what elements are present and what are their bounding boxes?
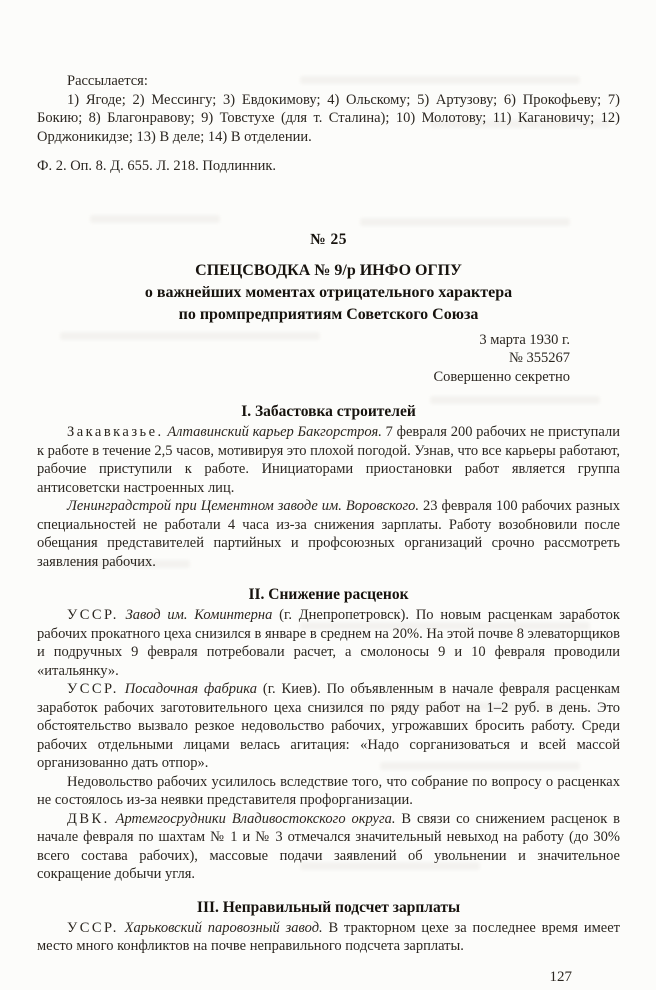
enterprise-name: Артемгосрудники Владивостокского округа. (116, 811, 396, 827)
section-heading: I. Забастовка строителей (37, 402, 620, 421)
title-line-1: СПЕЦСВОДКА № 9/р ИНФО ОГПУ (37, 260, 620, 282)
enterprise-name: Завод им. Коминтерна (126, 607, 273, 623)
enterprise-name: Алтавинский карьер Бакгорстроя. (167, 424, 382, 440)
paragraph: Закавказье. Алтавинский карьер Бакгорстр… (37, 423, 620, 497)
paragraph: УССР. Харьковский паровозный завод. В тр… (37, 919, 620, 956)
region-label: УССР. (67, 920, 119, 936)
section-heading: II. Снижение расценок (37, 585, 620, 604)
distribution-list: 1) Ягоде; 2) Мессингу; 3) Евдокимову; 4)… (37, 91, 620, 147)
document-title: СПЕЦСВОДКА № 9/р ИНФО ОГПУ о важнейших м… (37, 260, 620, 326)
sections-container: I. Забастовка строителейЗакавказье. Алта… (37, 402, 620, 956)
region-label: Закавказье. (67, 424, 164, 440)
region-label: УССР. (67, 607, 119, 623)
document-number-heading: № 25 (37, 230, 620, 249)
distribution-label: Рассылается: (37, 72, 620, 91)
enterprise-name: Посадочная фабрика (125, 681, 257, 697)
section-heading: III. Неправильный подсчет зарплаты (37, 898, 620, 917)
document-date: 3 марта 1930 г. (37, 331, 570, 350)
title-line-2: о важнейших моментах отрицательного хара… (37, 282, 620, 304)
enterprise-name: Ленинградстрой при Цементном заводе им. … (67, 498, 419, 514)
document-meta: 3 марта 1930 г. № 355267 Совершенно секр… (37, 331, 620, 387)
document-outgoing-number: № 355267 (37, 349, 570, 368)
title-line-3: по промпредприятиям Советского Союза (37, 304, 620, 326)
region-label: УССР. (67, 681, 119, 697)
page-number: 127 (37, 968, 620, 987)
paragraph: Ленинградстрой при Цементном заводе им. … (37, 497, 620, 571)
paragraph: Недовольство рабочих усилилось вследстви… (37, 773, 620, 810)
paragraph: ДВК. Артемгосрудники Владивостокского ок… (37, 810, 620, 884)
archive-reference: Ф. 2. Оп. 8. Д. 655. Л. 218. Подлинник. (37, 157, 620, 176)
paragraph: УССР. Посадочная фабрика (г. Киев). По о… (37, 680, 620, 773)
paragraph: УССР. Завод им. Коминтерна (г. Днепропет… (37, 606, 620, 680)
text-run: Недовольство рабочих усилилось вследстви… (37, 774, 620, 809)
scanned-document-page: Рассылается: 1) Ягоде; 2) Мессингу; 3) Е… (0, 0, 656, 990)
text-run (119, 607, 126, 623)
type-block: Рассылается: 1) Ягоде; 2) Мессингу; 3) Е… (37, 72, 620, 987)
classification-stamp: Совершенно секретно (37, 368, 570, 387)
enterprise-name: Харьковский паровозный завод. (125, 920, 323, 936)
region-label: ДВК. (67, 811, 110, 827)
